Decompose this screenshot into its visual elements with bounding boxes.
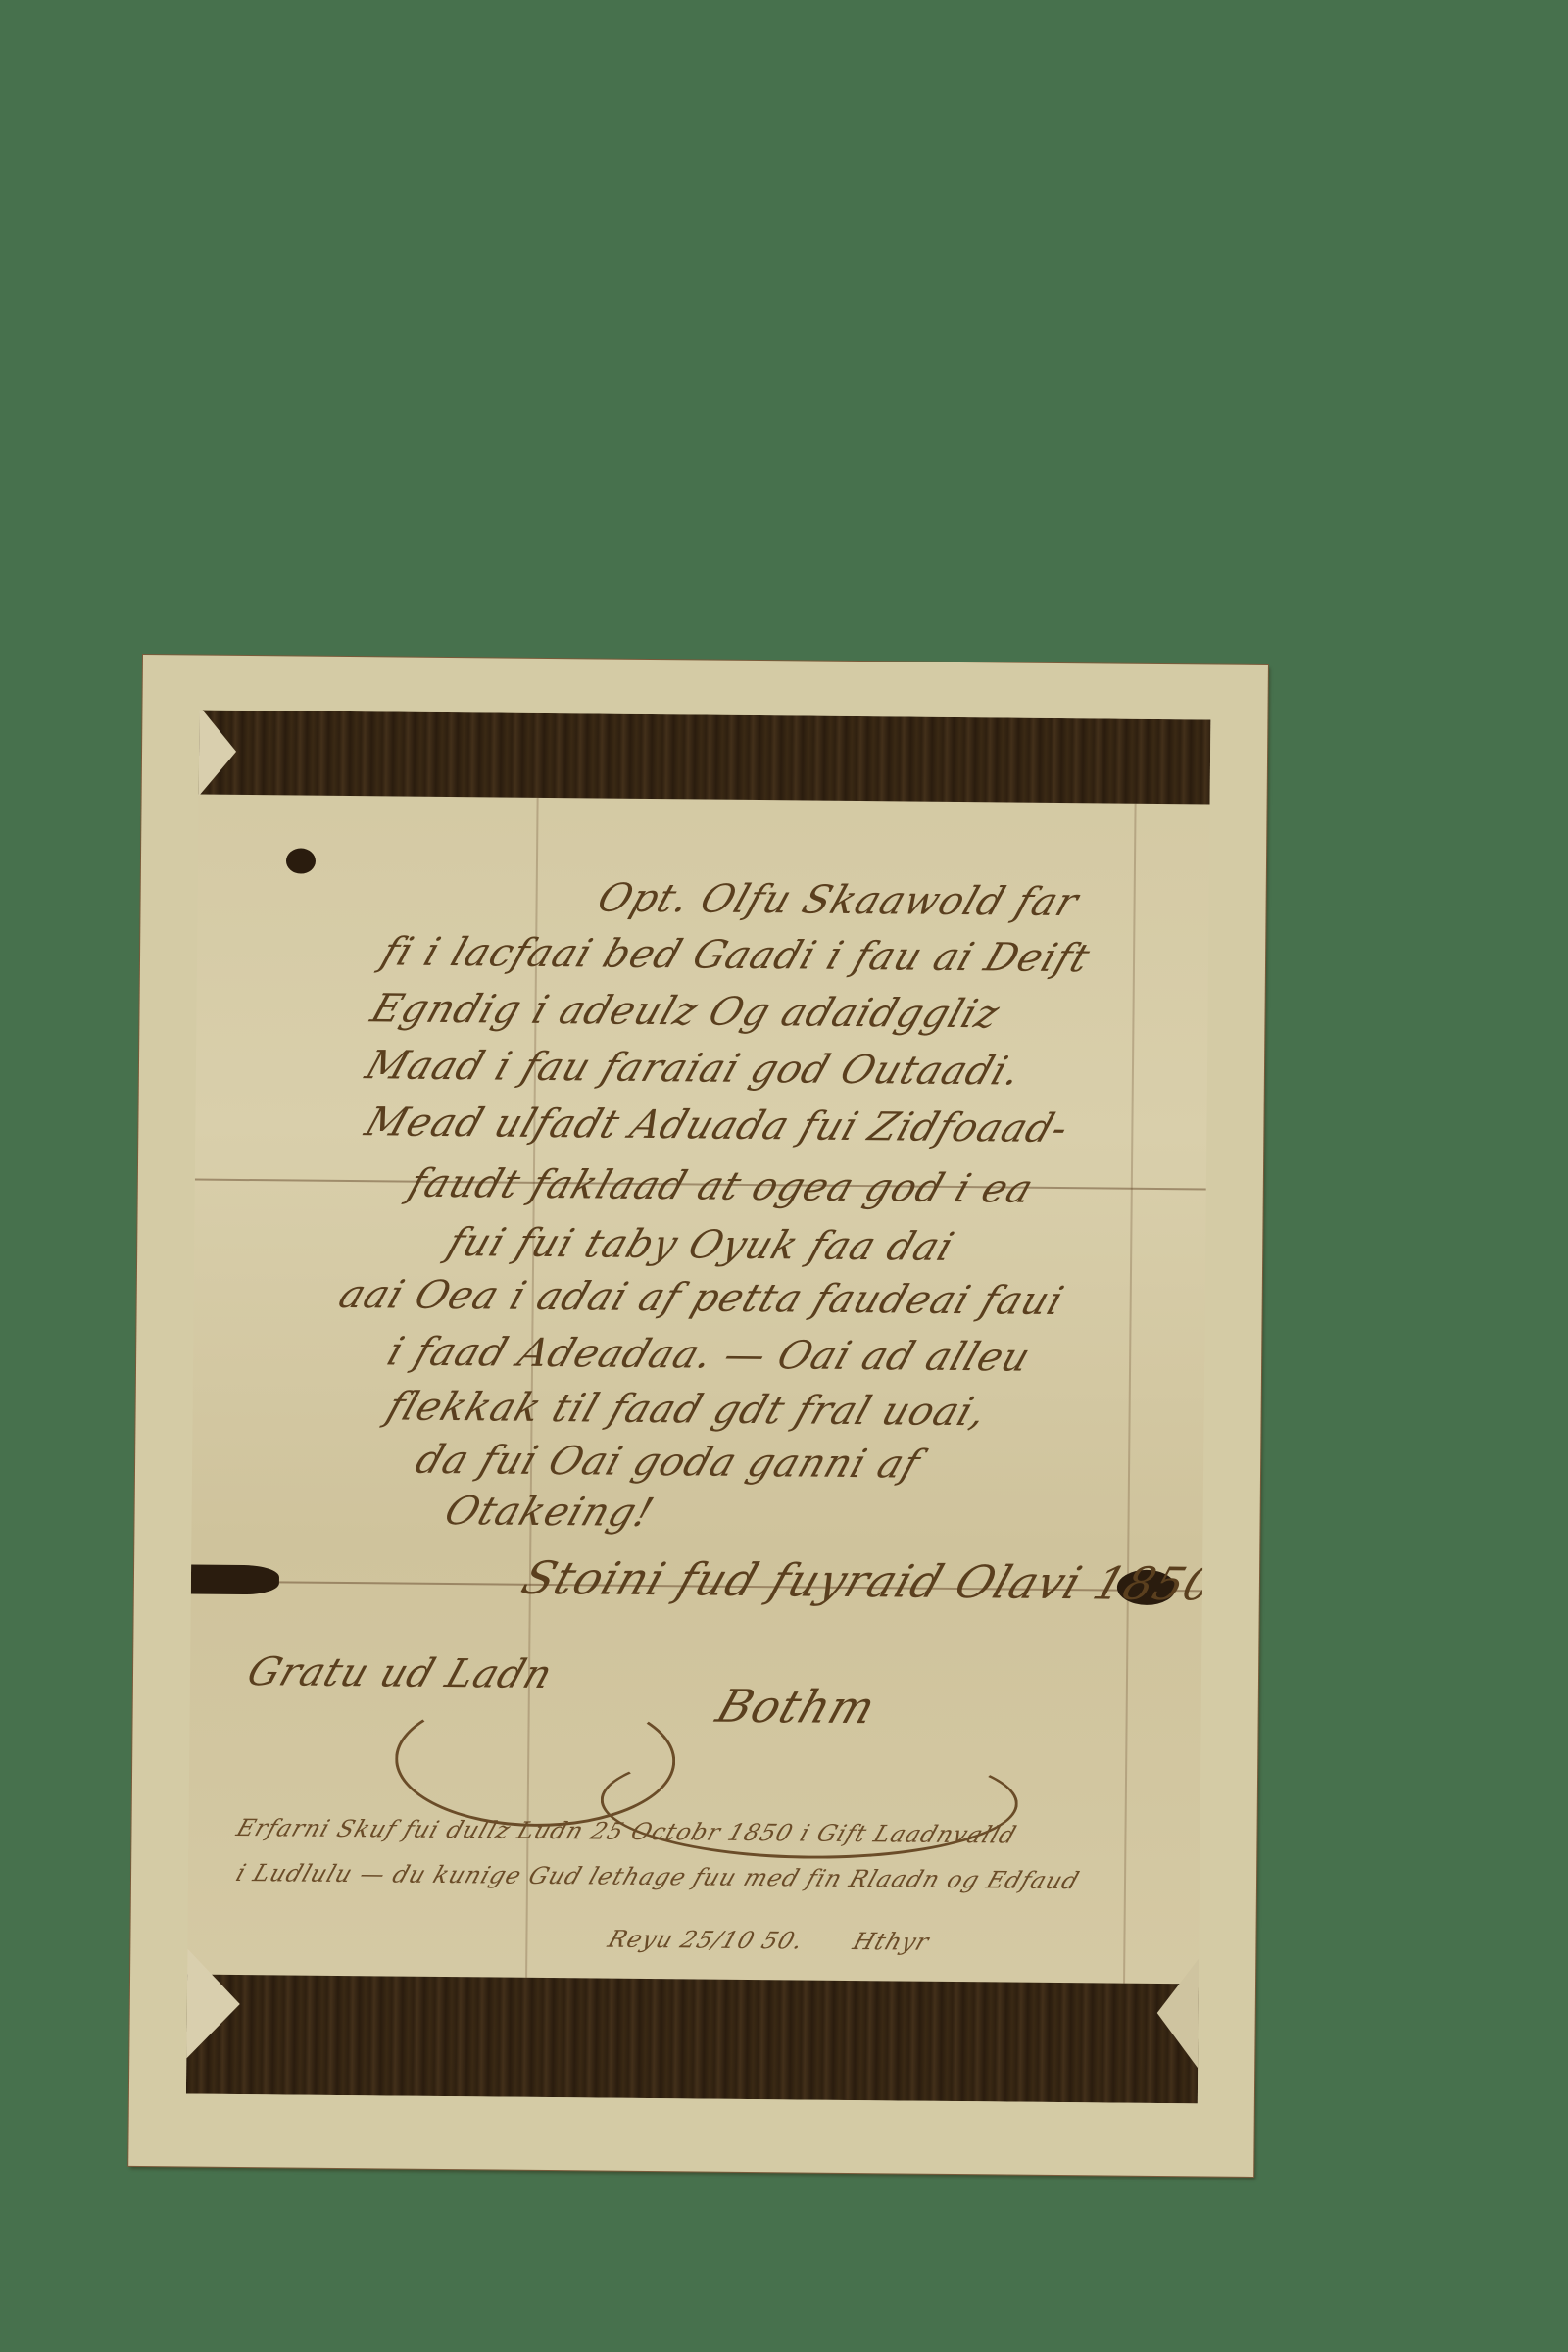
letter-line: Mead ulfadt Aduada fui Zidfoaad- — [360, 1100, 1075, 1151]
ink-stain-left-edge — [191, 1565, 279, 1595]
letter-line: da fui Oai goda ganni af — [410, 1438, 926, 1488]
signature: Bothm — [710, 1680, 883, 1734]
letter-line: faudt faklaad at ogea god i ea — [403, 1161, 1039, 1212]
postscript: Gratu ud Ladn — [241, 1649, 559, 1697]
letter-line: i faad Adeadaa. — Oai ad alleu — [381, 1330, 1036, 1381]
letter-line: Egndig i adeulz Og adaidggliz — [366, 986, 1005, 1037]
annotation-line: i Ludlulu — du kunige Gud lethage fuu me… — [232, 1859, 1083, 1894]
annotation-initials: Hthyr — [850, 1928, 933, 1956]
letter-line: fi i lacfaai bed Gaadi i fau ai Deift — [375, 929, 1096, 981]
letter-line: Maad i fau faraiai god Outaadi. — [360, 1043, 1027, 1094]
fold-line-vertical-right — [1123, 804, 1137, 1984]
letter-line: flekkak til faad gdt fral uoai, — [381, 1385, 994, 1436]
corner-tab-bottom-left — [186, 1948, 240, 2059]
annotation-date: Reyu 25/10 50. — [605, 1926, 808, 1955]
letter-line: Opt. Olfu Skaawold far — [592, 876, 1085, 926]
photo-card: Opt. Olfu Skaawold far fi i lacfaai bed … — [128, 655, 1268, 2177]
top-dark-band — [199, 710, 1211, 805]
bottom-dark-band — [186, 1974, 1199, 2103]
corner-tab-bottom-right — [1156, 1958, 1199, 2068]
letter-line: aai Oea i adai af petta faudeai faui — [333, 1272, 1070, 1324]
letter-photograph: Opt. Olfu Skaawold far fi i lacfaai bed … — [186, 710, 1211, 2104]
letter-line: Otakeing! — [439, 1489, 660, 1536]
ink-stain — [286, 848, 316, 873]
corner-tab-top-left — [199, 710, 237, 797]
closing-line: Stoini fud fuyraid Olavi 1850 — [515, 1551, 1210, 1611]
letter-line: fui fui taby Oyuk faa dai — [442, 1220, 960, 1270]
